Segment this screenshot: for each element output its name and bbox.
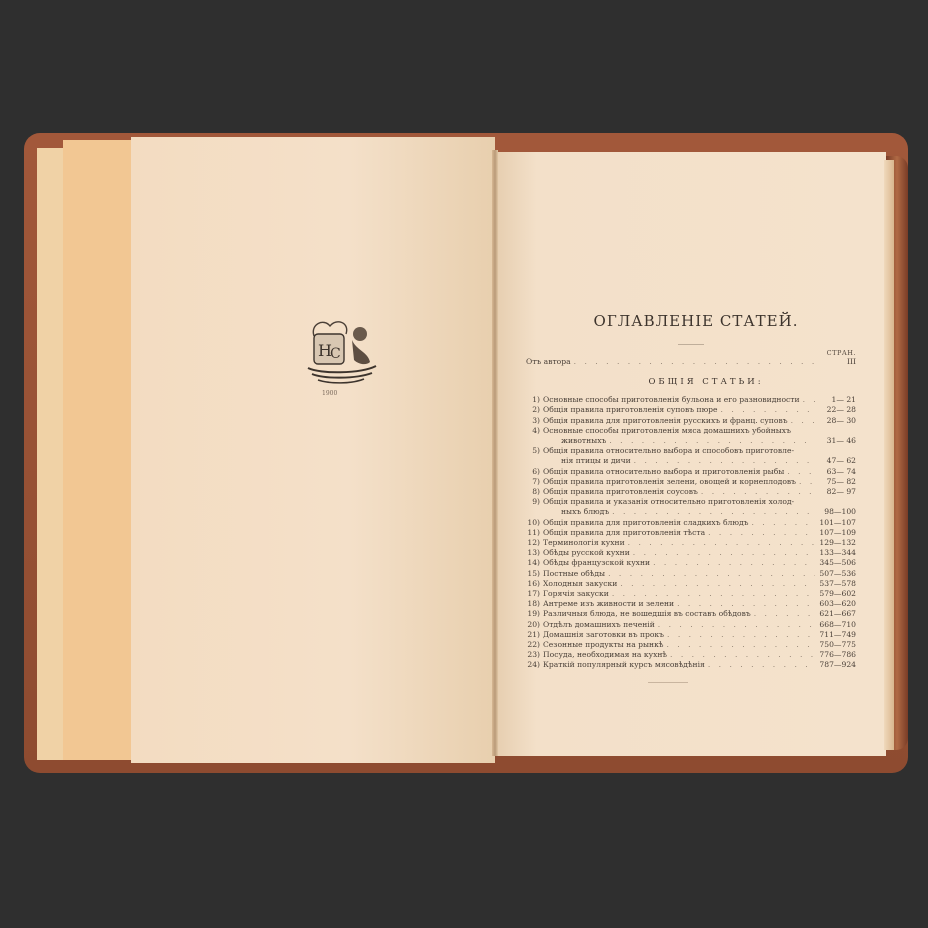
entry-text: Общія правила приготовленія зелени, овощ… <box>543 477 796 487</box>
entry-text: Обѣды русской кухни <box>543 548 630 558</box>
entry-pages: 75— 82 <box>818 477 856 487</box>
entry-number: 2) <box>526 405 540 415</box>
flyleaf-sheet <box>63 140 133 760</box>
entry-pages: 787—924 <box>818 660 856 670</box>
entry-text: Общія правила относительно выбора и спос… <box>543 446 794 456</box>
entry-number: 11) <box>526 528 540 538</box>
leader-dots: . . . . . . . . . . . . . . . . . . . . … <box>787 467 815 477</box>
leader-dots: . . . . . . . . . . . . . . . . . . . . … <box>754 609 815 619</box>
page-end-rule <box>648 682 688 683</box>
entry-text: Общія правила приготовленія соусовъ <box>543 487 698 497</box>
toc-entry: 21)Домашнія заготовки въ прокъ. . . . . … <box>526 630 856 640</box>
leader-dots: . . . . . . . . . . . . . . . . . . . . … <box>612 589 815 599</box>
toc-entry: 5)Общія правила относительно выбора и сп… <box>526 446 856 456</box>
toc-entry: 7)Общія правила приготовленія зелени, ов… <box>526 477 856 487</box>
entry-text: Основные способы приготовленія бульона и… <box>543 395 800 405</box>
entry-pages: 101—107 <box>818 518 856 528</box>
toc-entry: 1)Основные способы приготовленія бульона… <box>526 395 856 405</box>
entry-number: 22) <box>526 640 540 650</box>
entry-text: Постные обѣды <box>543 569 605 579</box>
entry-pages: 107—109 <box>818 528 856 538</box>
entry-text: Общія правила и указанія относительно пр… <box>543 497 794 507</box>
entry-text: Общія правила относительно выбора и приг… <box>543 467 784 477</box>
toc-entry: 12)Терминологія кухни. . . . . . . . . .… <box>526 538 856 548</box>
leader-dots: . . . . . . . . . . . . . . . . . . . . … <box>653 558 815 568</box>
entry-text: животныхъ <box>543 436 606 446</box>
entry-pages: 668—710 <box>818 620 856 630</box>
page-column-header: СТРАН. <box>526 349 856 357</box>
leader-dots: . . . . . . . . . . . . . . . . . . . . … <box>667 630 815 640</box>
entry-number: 4) <box>526 426 540 436</box>
toc-entry: 2)Общія правила приготовленія суповъ пюр… <box>526 405 856 415</box>
toc-entry: 9)Общія правила и указанія относительно … <box>526 497 856 507</box>
entry-number: 9) <box>526 497 540 507</box>
entry-pages: 1— 21 <box>818 395 856 405</box>
toc-title: ОГЛАВЛЕНІЕ СТАТЕЙ. <box>536 312 856 330</box>
section-heading: ОБЩІЯ СТАТЬИ: <box>526 377 856 387</box>
toc-entry: 24)Краткій популярный курсъ мясовѣдѣнія.… <box>526 660 856 670</box>
leader-dots: . . . . . . . . . . . . . . . . . . . . … <box>701 487 815 497</box>
entry-pages: 63— 74 <box>818 467 856 477</box>
entry-pages: 776—786 <box>818 650 856 660</box>
leader-dots: . . . . . . . . . . . . . . . . . . . . … <box>609 436 815 446</box>
entry-number: 7) <box>526 477 540 487</box>
toc-entry: 22)Сезонные продукты на рынкѣ. . . . . .… <box>526 640 856 650</box>
leader-dots: . . . . . . . . . . . . . . . . . . . . … <box>633 548 815 558</box>
entry-pages: 22— 28 <box>818 405 856 415</box>
publisher-emblem-icon: Н С <box>300 316 382 386</box>
entry-text: Краткій популярный курсъ мясовѣдѣнія <box>543 660 705 670</box>
leader-dots: . . . . . . . . . . . . . . . . . . . . … <box>803 395 815 405</box>
toc-entry: 19)Различныя блюда, не вошедшія въ соста… <box>526 609 856 619</box>
entry-number: 24) <box>526 660 540 670</box>
entry-pages: 133—344 <box>818 548 856 558</box>
entry-text: Общія правила для приготовленія сладкихъ… <box>543 518 748 528</box>
entry-text: Сезонные продукты на рынкѣ <box>543 640 663 650</box>
entry-number: 10) <box>526 518 540 528</box>
table-of-contents: ОГЛАВЛЕНІЕ СТАТЕЙ. СТРАН. Отъ автора . .… <box>526 312 856 671</box>
entry-pages: 47— 62 <box>818 456 856 466</box>
entry-text: Горячія закуски <box>543 589 609 599</box>
toc-entry: 10)Общія правила для приготовленія сладк… <box>526 518 856 528</box>
entry-number: 1) <box>526 395 540 405</box>
toc-entry-author: Отъ автора . . . . . . . . . . . . . . .… <box>526 357 856 367</box>
entry-number: 18) <box>526 599 540 609</box>
leader-dots: . . . . . . . . . . . . . . . . . . . . … <box>612 507 815 517</box>
page-stack-edge <box>884 160 894 750</box>
emblem-year: 1900 <box>322 390 337 397</box>
entry-pages: 98—100 <box>818 507 856 517</box>
toc-entry: 4)животныхъ. . . . . . . . . . . . . . .… <box>526 436 856 446</box>
entry-number: 5) <box>526 446 540 456</box>
entry-text: Холодныя закуски <box>543 579 617 589</box>
leader-dots: . . . . . . . . . . . . . . . . . . . . … <box>628 538 815 548</box>
entry-text: нія птицы и дичи <box>543 456 631 466</box>
entry-pages: 750—775 <box>818 640 856 650</box>
toc-entry: 5)нія птицы и дичи. . . . . . . . . . . … <box>526 456 856 466</box>
entry-pages: 579—602 <box>818 589 856 599</box>
leader-dots: . . . . . . . . . . . . . . . . . . . . … <box>634 456 815 466</box>
entry-text: Антреме изъ живности и зелени <box>543 599 674 609</box>
toc-entries-list: 1)Основные способы приготовленія бульона… <box>526 395 856 670</box>
leader-dots: . . . . . . . . . . . . . . . . . . . . … <box>608 569 815 579</box>
entry-number: 13) <box>526 548 540 558</box>
entry-pages: 345—506 <box>818 558 856 568</box>
leader-dots: . . . . . . . . . . . . . . . . . . . . … <box>791 416 815 426</box>
entry-number: 23) <box>526 650 540 660</box>
entry-page: III <box>818 357 856 367</box>
leader-dots: . . . . . . . . . . . . . . . . . . . . … <box>620 579 815 589</box>
entry-text: Домашнія заготовки въ прокъ <box>543 630 664 640</box>
leader-dots: . . . . . . . . . . . . . . . . . . . . … <box>670 650 815 660</box>
entry-text: Различныя блюда, не вошедшія въ составъ … <box>543 609 751 619</box>
entry-number: 14) <box>526 558 540 568</box>
toc-entry: 9)ныхъ блюдъ. . . . . . . . . . . . . . … <box>526 507 856 517</box>
entry-pages: 603—620 <box>818 599 856 609</box>
entry-pages: 507—536 <box>818 569 856 579</box>
entry-number: 8) <box>526 487 540 497</box>
entry-pages: 621—667 <box>818 609 856 619</box>
entry-number: 6) <box>526 467 540 477</box>
entry-pages: 537—578 <box>818 579 856 589</box>
entry-text: Отдѣлъ домашнихъ печеній <box>543 620 655 630</box>
toc-entry: 8)Общія правила приготовленія соусовъ. .… <box>526 487 856 497</box>
leader-dots: . . . . . . . . . . . . . . . . . . . . … <box>666 640 815 650</box>
toc-entry: 18)Антреме изъ живности и зелени. . . . … <box>526 599 856 609</box>
entry-text: ныхъ блюдъ <box>543 507 609 517</box>
entry-pages: 82— 97 <box>818 487 856 497</box>
entry-pages: 28— 30 <box>818 416 856 426</box>
entry-number: 19) <box>526 609 540 619</box>
toc-entry: 23)Посуда, необходимая на кухнѣ. . . . .… <box>526 650 856 660</box>
toc-entry: 6)Общія правила относительно выбора и пр… <box>526 467 856 477</box>
entry-number: 20) <box>526 620 540 630</box>
toc-entry: 16)Холодныя закуски. . . . . . . . . . .… <box>526 579 856 589</box>
leader-dots: . . . . . . . . . . . . . . . . . . . . … <box>574 357 815 367</box>
leader-dots: . . . . . . . . . . . . . . . . . . . . … <box>708 528 815 538</box>
entry-text: Терминологія кухни <box>543 538 625 548</box>
toc-entry: 17)Горячія закуски. . . . . . . . . . . … <box>526 589 856 599</box>
toc-entry: 11)Общія правила для приготовленія тѣста… <box>526 528 856 538</box>
toc-entry: 20)Отдѣлъ домашнихъ печеній. . . . . . .… <box>526 620 856 630</box>
entry-text: Основные способы приготовленія мяса дома… <box>543 426 791 436</box>
toc-entry: 15)Постные обѣды. . . . . . . . . . . . … <box>526 569 856 579</box>
toc-entry: 4)Основные способы приготовленія мяса до… <box>526 426 856 436</box>
title-divider <box>678 344 704 345</box>
leader-dots: . . . . . . . . . . . . . . . . . . . . … <box>799 477 815 487</box>
leader-dots: . . . . . . . . . . . . . . . . . . . . … <box>751 518 815 528</box>
entry-number: 15) <box>526 569 540 579</box>
entry-number: 12) <box>526 538 540 548</box>
toc-entry: 13)Обѣды русской кухни. . . . . . . . . … <box>526 548 856 558</box>
entry-number: 3) <box>526 416 540 426</box>
entry-pages: 711—749 <box>818 630 856 640</box>
entry-text: Общія правила для приготовленія русскихъ… <box>543 416 788 426</box>
leader-dots: . . . . . . . . . . . . . . . . . . . . … <box>708 660 815 670</box>
leader-dots: . . . . . . . . . . . . . . . . . . . . … <box>658 620 815 630</box>
left-page <box>131 137 495 763</box>
toc-entry: 14)Обѣды французской кухни. . . . . . . … <box>526 558 856 568</box>
entry-pages: 129—132 <box>818 538 856 548</box>
toc-entry: 3)Общія правила для приготовленія русски… <box>526 416 856 426</box>
entry-text: Обѣды французской кухни <box>543 558 650 568</box>
entry-text: Общія правила приготовленія суповъ пюре <box>543 405 718 415</box>
svg-text:С: С <box>330 346 341 362</box>
entry-number: 21) <box>526 630 540 640</box>
entry-text: Посуда, необходимая на кухнѣ <box>543 650 667 660</box>
entry-text: Общія правила для приготовленія тѣста <box>543 528 705 538</box>
entry-number: 16) <box>526 579 540 589</box>
entry-text: Отъ автора <box>526 357 571 367</box>
entry-pages: 31— 46 <box>818 436 856 446</box>
leader-dots: . . . . . . . . . . . . . . . . . . . . … <box>721 405 815 415</box>
entry-number: 17) <box>526 589 540 599</box>
leader-dots: . . . . . . . . . . . . . . . . . . . . … <box>677 599 815 609</box>
